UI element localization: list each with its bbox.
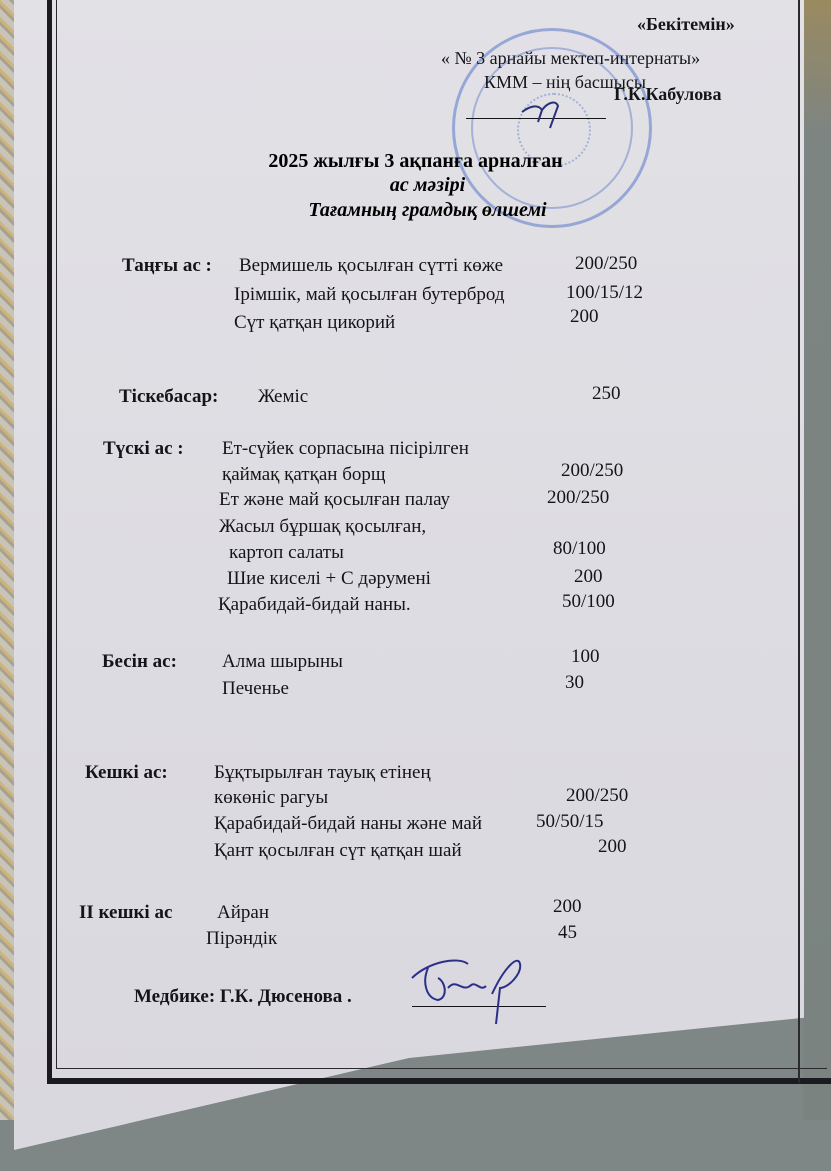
menu-item-qty: 50/50/15 (536, 811, 604, 833)
meal-label-afternoon: Бесін ас: (102, 651, 177, 673)
director-name: Г.К.Кабулова (614, 84, 722, 105)
menu-subtitle: ас мәзірі (12, 174, 831, 197)
meal-label-breakfast: Таңғы ас : (122, 255, 212, 277)
menu-item: Ет-сүйек сорпасына пісірілген (222, 438, 469, 460)
menu-item-qty: 200 (574, 566, 603, 588)
menu-item-qty: 200/250 (547, 487, 609, 509)
menu-item: Айран (217, 902, 269, 924)
approval-org: « № 3 арнайы мектеп-интернаты» (441, 48, 700, 69)
meal-label-second-dinner: ІІ кешкі ас (79, 902, 172, 924)
menu-date-title: 2025 жылғы 3 ақпанға арналған (0, 150, 831, 173)
menu-item-qty: 45 (558, 922, 577, 944)
menu-item: Печенье (222, 678, 289, 700)
approval-title: «Бекітемін» (637, 14, 735, 35)
nurse-signature-icon (408, 948, 538, 1028)
menu-item-qty: 200 (570, 306, 599, 328)
menu-item-qty: 200/250 (575, 253, 637, 275)
menu-item: Сүт қатқан цикорий (234, 312, 395, 334)
menu-item: Шие киселі + С дәрумені (227, 568, 431, 590)
grams-subtitle: Тағамның грамдық өлшемі (12, 199, 831, 222)
menu-item-qty: 50/100 (562, 591, 615, 613)
menu-item: Пірәндік (206, 928, 277, 950)
menu-item-qty: 100 (571, 646, 600, 668)
nurse-signature-label: Медбике: Г.К. Дюсенова . (134, 986, 352, 1008)
menu-item: Бұқтырылған тауық етінең (214, 762, 431, 784)
meal-label-dinner: Кешкі ас: (85, 762, 168, 784)
menu-item-qty: 200 (598, 836, 627, 858)
menu-item-qty: 200 (553, 896, 582, 918)
menu-item: Алма шырыны (222, 651, 343, 673)
director-signature-icon (520, 92, 580, 132)
menu-item: қаймақ қатқан борщ (222, 464, 386, 486)
menu-item-qty: 80/100 (553, 538, 606, 560)
menu-item: Қарабидай-бидай наны және май (214, 813, 482, 835)
menu-item: Ет және май қосылған палау (219, 489, 450, 511)
menu-item: картоп салаты (229, 542, 344, 564)
menu-item-qty: 30 (565, 672, 584, 694)
menu-item: Ірімшік, май қосылған бутерброд (234, 284, 505, 306)
menu-item: Қант қосылған сүт қатқан шай (214, 840, 462, 862)
menu-item: Жасыл бұршақ қосылған, (219, 516, 426, 538)
menu-item-qty: 100/15/12 (566, 282, 643, 304)
meal-label-lunch: Түскі ас : (103, 438, 184, 460)
menu-item-qty: 200/250 (561, 460, 623, 482)
menu-item: көкөніс рагуы (214, 787, 328, 809)
menu-item: Жеміс (258, 386, 308, 408)
menu-item-qty: 250 (592, 383, 621, 405)
menu-item: Вермишель қосылған сүтті көже (239, 255, 503, 277)
menu-item: Қарабидай-бидай наны. (218, 594, 411, 616)
menu-item-qty: 200/250 (566, 785, 628, 807)
meal-label-snack: Тіскебасар: (119, 386, 218, 408)
